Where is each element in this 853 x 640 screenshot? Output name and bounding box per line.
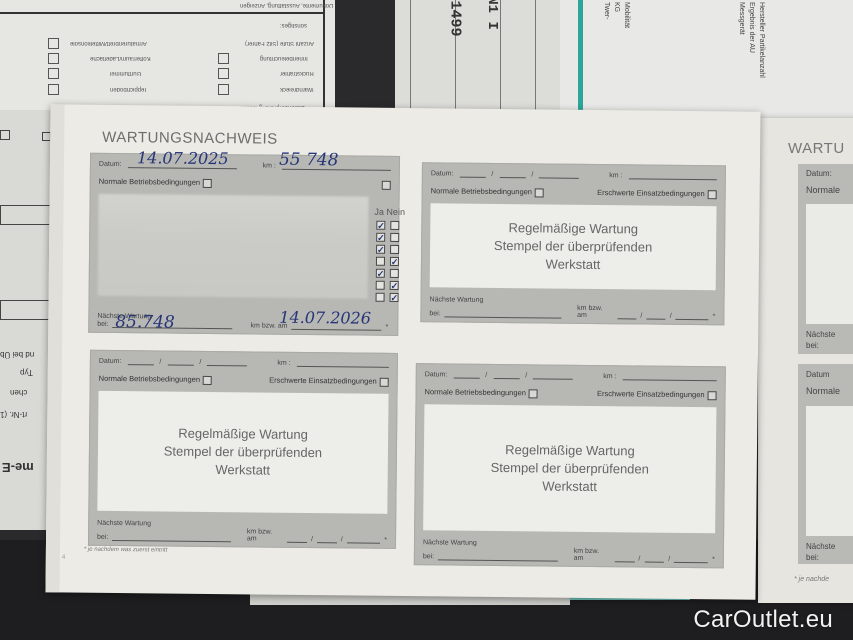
teal-stripe — [578, 0, 583, 110]
divider — [500, 0, 501, 118]
label: bei: — [806, 553, 819, 562]
normal-conditions-checkbox[interactable] — [203, 178, 212, 187]
form-fragment: rt-Nr. (1 — [0, 410, 27, 419]
ja-checkbox[interactable]: ✓ — [376, 269, 385, 278]
normal-conditions-checkbox[interactable] — [203, 375, 212, 384]
ja-checkbox[interactable] — [376, 281, 385, 290]
stamp-text-line: Stempel der überprüfenden — [494, 237, 652, 257]
form-label: sonstiges: — [280, 22, 307, 28]
datum-month-field[interactable] — [167, 358, 193, 366]
form-label: Anzahl Stufe (Sitz Fahrer) — [245, 40, 314, 46]
stamp-text-line: Stempel der überprüfenden — [491, 459, 649, 479]
footnote: * je nachdem was zuerst eintritt — [84, 547, 167, 554]
checkbox — [48, 38, 59, 49]
background-form-top-center: 1499 N1 I — [395, 0, 565, 118]
normal-conditions-label: Normale Betriebsbedingungen — [431, 186, 532, 196]
conditions-row: Normale Betriebsbedingungen — [99, 177, 391, 190]
next-km-field[interactable] — [438, 552, 558, 561]
form-label: Innenbeleuchtung — [260, 55, 308, 61]
date-km-row: Datum: / / km : — [431, 169, 717, 180]
form-label: Armaturenbrett/Mittelkonsole — [70, 40, 147, 46]
datum-day-field[interactable] — [459, 170, 485, 178]
next-year-field[interactable] — [676, 312, 709, 320]
next-service-row: Nächste Wartung bei: km bzw. am / / * — [97, 520, 387, 544]
divider — [410, 0, 411, 118]
checkbox — [0, 130, 10, 140]
label: bei: — [806, 341, 819, 350]
datum-day-field[interactable] — [453, 371, 479, 379]
booklet-next-page: WARTU Datum: Normale Nächste bei: Datum … — [758, 118, 853, 603]
watermark-logo: CarOutlet.eu — [693, 606, 833, 634]
checkbox — [48, 53, 59, 64]
form-line: Hersteller Partikelanzahl — [758, 2, 765, 78]
normal-conditions: Normale Betriebsbedingungen — [431, 186, 544, 197]
slash: / — [525, 372, 527, 379]
star: * — [385, 324, 388, 331]
divider — [323, 0, 325, 118]
next-month-field[interactable] — [646, 312, 665, 320]
workshop-stamp-area: Regelmäßige Wartung Stempel der überprüf… — [430, 203, 717, 290]
ja-header: Ja — [374, 207, 384, 217]
form-label: Kofferraum/Ladefläche — [90, 55, 151, 61]
next-page-card: Datum: Normale Nächste bei: — [798, 164, 853, 354]
stamp-text-line: Stempel der überprüfenden — [164, 443, 322, 463]
slash: / — [670, 313, 672, 320]
datum-day-field[interactable] — [127, 357, 153, 365]
normal-conditions: Normale Betriebsbedingungen — [99, 177, 212, 188]
km-bzw-am-label: km bzw. am — [577, 305, 613, 319]
next-page-title: WARTU — [788, 140, 845, 157]
form-code: N1 I — [484, 0, 500, 30]
background-form-top-left: Dokumente, Ausstattung, Anzeigen sonstig… — [0, 0, 335, 120]
form-label: Gurtfummel — [110, 70, 141, 76]
nein-checkbox[interactable] — [390, 269, 399, 278]
form-fragment: chen — [10, 388, 27, 397]
service-entry-3: Datum: / / km : Normale Betriebsbedingun… — [88, 350, 398, 549]
page-number: 4 — [62, 554, 65, 560]
form-line: Messgerät — [738, 2, 745, 35]
nein-checkbox[interactable]: ✓ — [390, 257, 399, 266]
stamp-text-line: Regelmäßige Wartung — [505, 441, 635, 460]
redacted-area — [98, 194, 369, 299]
next-service-row: Nächste Wartung bei: km bzw. am / / * — [429, 296, 715, 320]
datum-label: Datum: — [425, 371, 448, 378]
km-field[interactable] — [622, 372, 716, 381]
form-line: Ergebnis der AU — [748, 2, 755, 53]
form-cell — [0, 300, 55, 320]
star: * — [713, 313, 716, 320]
label: Nächste — [806, 542, 835, 551]
form-cell — [0, 205, 55, 225]
form-label: Rückstrahler — [280, 70, 314, 76]
service-entry-1: Datum: km : 14.07.2025 55 748 Normale Be… — [88, 153, 400, 336]
nein-checkbox[interactable] — [390, 245, 399, 254]
footnote: * je nachde — [794, 576, 829, 583]
date-km-row: Datum: / / km : — [425, 370, 717, 381]
slash: / — [668, 556, 670, 563]
stamp-text-line: Werkstatt — [215, 461, 270, 480]
handwritten-next-date: 14.07.2026 — [279, 308, 371, 328]
slash: / — [640, 312, 642, 319]
checkbox — [48, 68, 59, 79]
normal-conditions-label: Normale Betriebsbedingungen — [425, 387, 526, 397]
next-day-field[interactable] — [617, 311, 636, 319]
form-header: Dokumente, Ausstattung, Anzeigen — [240, 2, 333, 8]
next-page-card: Datum Normale Nächste bei: — [798, 364, 853, 564]
service-entry-4: Datum: / / km : Normale Betriebsbedingun… — [414, 363, 726, 568]
checkbox — [218, 53, 229, 64]
divider — [535, 0, 536, 118]
harsh-conditions-label: Erschwerte Einsatzbedingungen — [269, 376, 377, 386]
harsh-conditions-checkbox[interactable] — [708, 391, 717, 400]
nein-header: Nein — [386, 207, 405, 217]
slash: / — [491, 171, 493, 178]
form-line: Twer- — [603, 2, 610, 20]
workshop-stamp-area: Regelmäßige Wartung Stempel der überprüf… — [97, 391, 388, 514]
datum-year-field[interactable] — [539, 170, 579, 178]
km-field[interactable] — [629, 171, 717, 180]
normal-conditions: Normale Betriebsbedingungen — [99, 374, 212, 385]
datum-label: Datum: — [431, 170, 454, 177]
workshop-stamp-area: Regelmäßige Wartung Stempel der überprüf… — [423, 404, 716, 533]
date-km-row: Datum: / / km : — [99, 357, 389, 368]
harsh-conditions: Erschwerte Einsatzbedingungen — [597, 389, 717, 400]
datum-year-field[interactable] — [207, 358, 247, 366]
stamp-text-line: Werkstatt — [542, 477, 597, 496]
km-label: km : — [263, 163, 276, 170]
harsh-conditions-checkbox[interactable] — [708, 190, 717, 199]
stamp-text-line: Werkstatt — [545, 255, 600, 274]
stamp-text-line: Regelmäßige Wartung — [508, 219, 638, 238]
label: Nächste — [806, 330, 835, 339]
label: Datum — [806, 370, 830, 379]
form-line: Mobilität — [623, 2, 630, 28]
ja-checkbox[interactable]: ✓ — [376, 221, 385, 230]
form-fragment: nd bei Üb — [0, 350, 34, 359]
conditions-row: Normale Betriebsbedingungen Erschwerte E… — [431, 186, 717, 199]
normal-conditions-checkbox[interactable] — [535, 188, 544, 197]
form-fragment: Typ — [20, 368, 33, 377]
next-km-field[interactable] — [112, 533, 231, 542]
next-day-field[interactable] — [614, 554, 634, 562]
slash: / — [485, 372, 487, 379]
next-month-field[interactable] — [317, 535, 337, 543]
nein-checkbox[interactable] — [390, 221, 399, 230]
label: Datum: — [806, 169, 832, 178]
km-label: km : — [609, 172, 622, 179]
slash: / — [638, 555, 640, 562]
harsh-conditions-label: Erschwerte Einsatzbedingungen — [597, 389, 705, 399]
ja-checkbox[interactable] — [376, 257, 385, 266]
nein-checkbox[interactable]: ✓ — [390, 281, 399, 290]
harsh-conditions-checkbox[interactable] — [380, 377, 389, 386]
nein-checkbox[interactable] — [390, 233, 399, 242]
slash: / — [531, 171, 533, 178]
form-number: 1499 — [447, 0, 464, 36]
next-service-row: Nächste Wartung bei: km bzw. am / / * — [423, 539, 715, 563]
slash: / — [199, 359, 201, 366]
datum-month-field[interactable] — [493, 371, 519, 379]
km-field[interactable] — [297, 359, 389, 368]
slash: / — [159, 358, 161, 365]
datum-label: Datum: — [99, 161, 122, 168]
service-booklet-page: WARTUNGSNACHWEIS Datum: km : 14.07.2025 … — [45, 104, 760, 599]
next-km-field[interactable] — [445, 309, 561, 318]
next-year-field[interactable] — [347, 535, 381, 543]
stamp-area — [806, 406, 853, 536]
bei-label: bei: — [97, 534, 108, 541]
stamp-area — [806, 204, 853, 324]
handwritten-next-km: 85.748 — [115, 312, 175, 333]
form-label: Teppichboden — [110, 86, 147, 92]
nein-checkbox[interactable]: ✓ — [390, 293, 399, 302]
ja-checkbox[interactable]: ✓ — [376, 245, 385, 254]
next-day-field[interactable] — [287, 535, 307, 543]
next-month-field[interactable] — [644, 555, 664, 563]
harsh-conditions-checkbox[interactable] — [382, 180, 391, 189]
next-year-field[interactable] — [674, 555, 708, 563]
checkbox — [48, 84, 59, 95]
datum-month-field[interactable] — [499, 170, 525, 178]
star: * — [712, 556, 715, 563]
km-bzw-am-label: km bzw. am — [247, 528, 284, 542]
checkbox — [218, 84, 229, 95]
harsh-conditions: Erschwerte Einsatzbedingungen — [269, 376, 389, 387]
handwritten-date: 14.07.2025 — [137, 148, 229, 168]
harsh-conditions: Erschwerte Einsatzbedingungen — [597, 188, 717, 199]
handwritten-km: 55 748 — [279, 150, 339, 171]
datum-year-field[interactable] — [533, 371, 573, 379]
ja-checkbox[interactable] — [376, 293, 385, 302]
normal-conditions-label: Normale Betriebsbedingungen — [99, 374, 200, 384]
bei-label: bei: — [97, 321, 108, 328]
divider — [0, 12, 323, 14]
km-bzw-am-label: km bzw. am — [574, 548, 611, 562]
label: Normale — [806, 386, 840, 396]
conditions-row: Normale Betriebsbedingungen Erschwerte E… — [99, 374, 389, 387]
harsh-conditions-label: Erschwerte Einsatzbedingungen — [597, 188, 705, 198]
stamp-text-line: Regelmäßige Wartung — [178, 425, 308, 444]
bei-label: bei: — [429, 310, 440, 317]
page-title: WARTUNGSNACHWEIS — [102, 129, 278, 148]
bei-label: bei: — [423, 553, 434, 560]
form-fragment: me-E — [2, 460, 34, 475]
conditions-row: Normale Betriebsbedingungen Erschwerte E… — [425, 387, 717, 400]
normal-conditions-checkbox[interactable] — [529, 389, 538, 398]
harsh-conditions — [379, 180, 391, 190]
normal-conditions: Normale Betriebsbedingungen — [425, 387, 538, 398]
form-line: KG — [613, 2, 620, 12]
ja-checkbox[interactable]: ✓ — [376, 233, 385, 242]
km-label: km : — [603, 373, 616, 380]
normal-conditions-label: Normale Betriebsbedingungen — [99, 177, 200, 187]
form-label: Warndreieck — [280, 86, 313, 92]
km-label: km : — [277, 360, 290, 367]
slash: / — [311, 536, 313, 543]
datum-label: Datum: — [99, 358, 122, 365]
checkbox — [218, 68, 229, 79]
star: * — [384, 537, 387, 544]
label: Normale — [806, 185, 840, 195]
service-entry-2: Datum: / / km : Normale Betriebsbedingun… — [420, 162, 726, 325]
slash: / — [341, 536, 343, 543]
